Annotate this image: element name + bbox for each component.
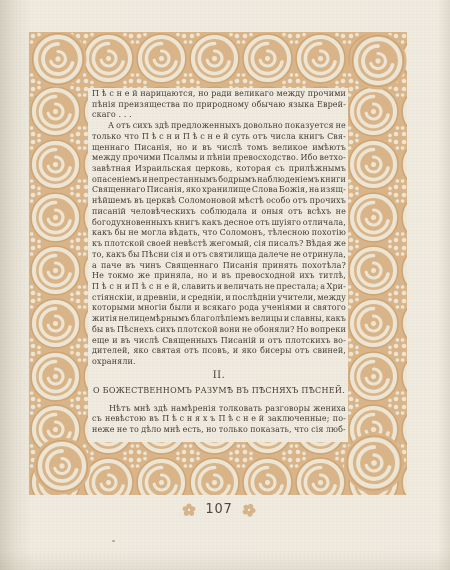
text-line: щеннагоПисанія,ноивъчислѣтомъвеликоеимѣю… <box>92 143 346 154</box>
text-line: богодухновенныхъкнигъкакъдесноеотъшуіяго… <box>92 218 346 229</box>
text-line: охраняли. <box>92 357 346 368</box>
text-line: П ѣ с н е йнарицаются,норадивеликагомежд… <box>92 89 346 100</box>
text-line: неженетодѣломнѣесть,нотолькопоказать,что… <box>92 425 346 436</box>
chapter-heading: О БОЖЕСТВЕННОМЪ РАЗУМѢ ВЪ ПѢСНЯХЪ ПѢСНЕЙ… <box>92 385 346 396</box>
page-footer: 107 <box>92 501 346 519</box>
text-line: скаго . . . <box>92 110 346 121</box>
text-line: завѣтнаяИзраильскаяцерковь,котораясъприл… <box>92 164 346 175</box>
text-line: какъбынемоглавѣдать,чтоСоломонъ,тѣлесною… <box>92 228 346 239</box>
text-line: бывъПѣснехъсихъплотскойвонинеобоняли?Нов… <box>92 325 346 336</box>
text-line: апачевъчинъСвященнагоПисаніяпринятьпохот… <box>92 261 346 272</box>
text-line: къплотскойсвоейневѣстѣжегомый,сіяписалъ?… <box>92 239 346 250</box>
text-line: стіянскіи,идревніи,исредніи,ипослѣдніиуч… <box>92 293 346 304</box>
right-edge-shadow <box>436 0 450 570</box>
border-band-left <box>29 32 88 495</box>
body-paragraphs-after-heading: Нѣтъмнѣздѣнамѣреніятолковатьразговорыжен… <box>92 404 346 436</box>
text-line: которымимногіибылиивсякагородаученіямиис… <box>92 303 346 314</box>
paper-speck <box>112 540 115 542</box>
text-line: П ѣ с н иП ѣ с н е й,славитьивеличатьнеп… <box>92 282 346 293</box>
text-line: пѣніяпреизяществапоприродномуобычаюязыка… <box>92 100 346 111</box>
text-line: ещеивъчислѣСвященныхъПисанійиотъплотских… <box>92 336 346 347</box>
border-band-right <box>348 32 407 495</box>
text-line: нѣйшемъвъцерквѣСоломоновоймѣстѣособоотъп… <box>92 196 346 207</box>
book-page-photo: П ѣ с н е йнарицаются,норадивеликагомежд… <box>0 0 450 570</box>
body-paragraphs: П ѣ с н е йнарицаются,норадивеликагомежд… <box>92 89 346 368</box>
text-line: междупрочимиПсалмыипѣніипревосходство.Иб… <box>92 153 346 164</box>
text-line: дителей,якосвятаяотъпсовъ,иякобисерыотъс… <box>92 346 346 357</box>
text-line: съневѣстоювъП ѣ с н я х ъП ѣ с н е йзакл… <box>92 414 346 425</box>
text-line: Нетокможеприняла,ноивъпревосходнойихътит… <box>92 271 346 282</box>
bottom-edge-shadow <box>0 548 450 570</box>
flower-ornament-icon <box>182 503 196 517</box>
flower-ornament-icon <box>239 501 258 520</box>
border-band-bottom <box>43 442 390 495</box>
text-line: СвященнагоПисанія,якохранилищеСловаБожія… <box>92 185 346 196</box>
text-line: толькочтоП ѣ с н иП ѣ с н е йсутьотъчисл… <box>92 132 346 143</box>
text-line: то,какъбыПѣснисіяиотъсвятилищадалеченеот… <box>92 250 346 261</box>
text-line: Аотъсихъздѣпредложенныхъдовольнопоказует… <box>92 121 346 132</box>
text-line: писанійчеловѣческихъсоблюдалаионыяотъвсѣ… <box>92 207 346 218</box>
text-line: житіянелицемѣрнымъблаголѣпіемъвелицыисла… <box>92 314 346 325</box>
text-line: опасеніемъинепрестаннымъбодрымънаблюдені… <box>92 175 346 186</box>
text-line: Нѣтъмнѣздѣнамѣреніятолковатьразговорыжен… <box>92 404 346 415</box>
page-text-block: П ѣ с н е йнарицаются,норадивеликагомежд… <box>92 89 346 436</box>
section-number: II. <box>92 370 346 382</box>
page-number: 107 <box>205 501 232 519</box>
